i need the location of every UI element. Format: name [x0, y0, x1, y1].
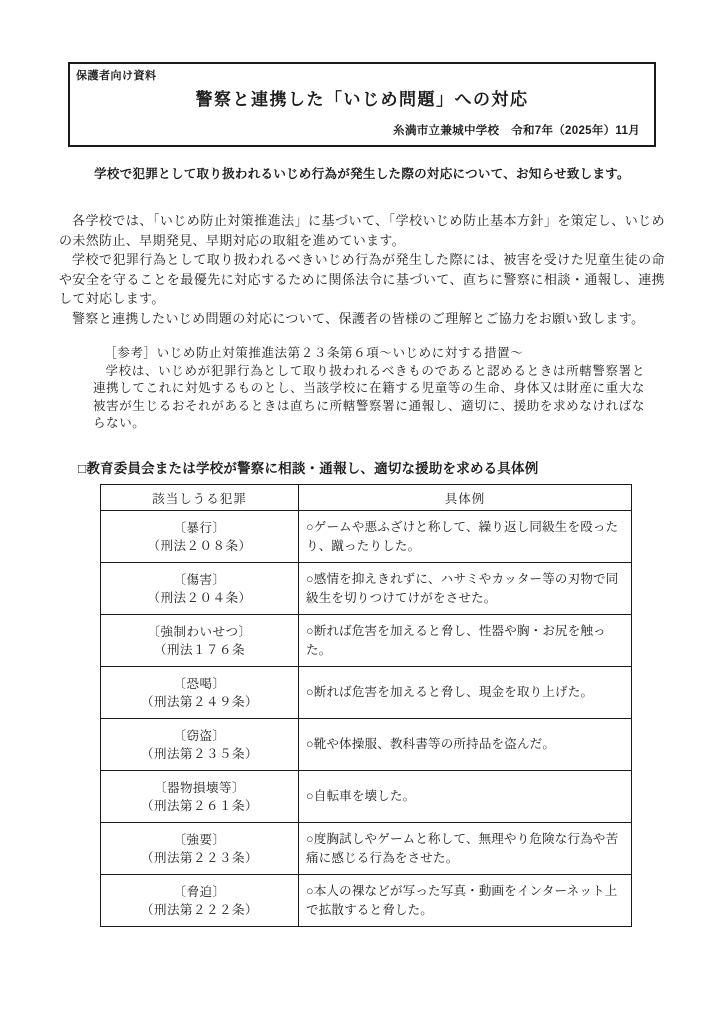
table-row: 〔脅迫〕（刑法第２２２条）○本人の裸などが写った写真・動画をインターネット上で拡…: [101, 875, 632, 927]
table-row: 〔器物損壊等〕（刑法第２６１条）○自転車を壊した。: [101, 771, 632, 823]
table-header-row: 該当しうる犯罪 具体例: [101, 485, 632, 511]
table-row: 〔恐喝〕（刑法第２４９条）○断れば危害を加えると脅し、現金を取り上げた。: [101, 667, 632, 719]
section-heading: □教育委員会または学校が警察に相談・通報し、適切な援助を求める具体例: [78, 457, 538, 477]
crime-cell: 〔強要〕（刑法第２２３条）: [101, 823, 299, 875]
crime-table: 該当しうる犯罪 具体例 〔暴行〕（刑法２０８条）○ゲームや悪ふざけと称して、繰り…: [100, 484, 632, 927]
paragraph: 警察と連携したいじめ問題の対応について、保護者の皆様のご理解とご協力をお願い致し…: [59, 309, 665, 329]
table-row: 〔傷害〕（刑法２０４条）○感情を抑えきれずに、ハサミやカッター等の刃物で同級生を…: [101, 563, 632, 615]
header-box: 保護者向け資料 警察と連携した「いじめ問題」への対応 糸満市立兼城中学校 令和7…: [68, 62, 656, 147]
table-row: 〔窃盗〕（刑法第２３５条）○靴や体操服、教科書等の所持品を盗んだ。: [101, 719, 632, 771]
body-paragraphs: 各学校では、「いじめ防止対策推進法」に基づいて、「学校いじめ防止基本方針」を策定…: [59, 211, 665, 328]
crime-example: ○ゲームや悪ふざけと称して、繰り返し同級生を殴ったり、蹴ったりした。: [299, 511, 632, 563]
crime-example: ○断れば危害を加えると脅し、性器や胸・お尻を触った。: [299, 615, 632, 667]
crime-name: 〔強要〕: [105, 831, 294, 849]
crime-name: 〔強制わいせつ〕: [105, 623, 294, 641]
reference-body: 学校は、いじめが犯罪行為として取り扱われるべきものであると認めるときは所轄警察署…: [93, 363, 645, 433]
crime-cell: 〔窃盗〕（刑法第２３５条）: [101, 719, 299, 771]
school-date-line: 糸満市立兼城中学校 令和7年（2025年）11月: [393, 122, 640, 138]
crime-name: 〔暴行〕: [105, 519, 294, 537]
crime-example: ○感情を抑えきれずに、ハサミやカッター等の刃物で同級生を切りつけてけがをさせた。: [299, 563, 632, 615]
crime-example: ○自転車を壊した。: [299, 771, 632, 823]
crime-statute: （刑法第２２３条）: [105, 849, 294, 867]
crime-statute: （刑法２０４条）: [105, 589, 294, 607]
paragraph: 学校で犯罪行為として取り扱われるべきいじめ行為が発生した際には、被害を受けた児童…: [59, 250, 665, 309]
table-row: 〔暴行〕（刑法２０８条）○ゲームや悪ふざけと称して、繰り返し同級生を殴ったり、蹴…: [101, 511, 632, 563]
doc-type-label: 保護者向け資料: [76, 67, 157, 83]
crime-statute: （刑法２０８条）: [105, 537, 294, 555]
column-header-example: 具体例: [299, 485, 632, 511]
paragraph: 各学校では、「いじめ防止対策推進法」に基づいて、「学校いじめ防止基本方針」を策定…: [59, 211, 665, 250]
page-title: 警察と連携した「いじめ問題」への対応: [70, 85, 654, 110]
crime-example: ○断れば危害を加えると脅し、現金を取り上げた。: [299, 667, 632, 719]
crime-statute: （刑法第２６１条）: [105, 797, 294, 815]
crime-name: 〔窃盗〕: [105, 727, 294, 745]
crime-cell: 〔傷害〕（刑法２０４条）: [101, 563, 299, 615]
crime-name: 〔脅迫〕: [105, 883, 294, 901]
crime-statute: （刑法第２２２条）: [105, 901, 294, 919]
crime-cell: 〔恐喝〕（刑法第２４９条）: [101, 667, 299, 719]
crime-example: ○靴や体操服、教科書等の所持品を盗んだ。: [299, 719, 632, 771]
reference-heading: ［参考］いじめ防止対策推進法第２３条第６項～いじめに対する措置～: [93, 345, 645, 363]
crime-statute: （刑法１７６条: [105, 641, 294, 659]
crime-name: 〔器物損壊等〕: [105, 779, 294, 797]
crime-example: ○本人の裸などが写った写真・動画をインターネット上で拡散すると脅した。: [299, 875, 632, 927]
crime-cell: 〔強制わいせつ〕（刑法１７６条: [101, 615, 299, 667]
crime-cell: 〔器物損壊等〕（刑法第２６１条）: [101, 771, 299, 823]
document-page: 保護者向け資料 警察と連携した「いじめ問題」への対応 糸満市立兼城中学校 令和7…: [0, 0, 724, 1024]
intro-statement: 学校で犯罪として取り扱われるいじめ行為が発生した際の対応について、お知らせ致しま…: [0, 164, 724, 182]
crime-example: ○度胸試しやゲームと称して、無理やり危険な行為や苦痛に感じる行為をさせた。: [299, 823, 632, 875]
crime-cell: 〔暴行〕（刑法２０８条）: [101, 511, 299, 563]
crime-name: 〔傷害〕: [105, 571, 294, 589]
crime-statute: （刑法第２３５条）: [105, 745, 294, 763]
crime-table-body: 〔暴行〕（刑法２０８条）○ゲームや悪ふざけと称して、繰り返し同級生を殴ったり、蹴…: [101, 511, 632, 927]
table-row: 〔強制わいせつ〕（刑法１７６条○断れば危害を加えると脅し、性器や胸・お尻を触った…: [101, 615, 632, 667]
crime-name: 〔恐喝〕: [105, 675, 294, 693]
crime-statute: （刑法第２４９条）: [105, 693, 294, 711]
column-header-crime: 該当しうる犯罪: [101, 485, 299, 511]
crime-cell: 〔脅迫〕（刑法第２２２条）: [101, 875, 299, 927]
table-row: 〔強要〕（刑法第２２３条）○度胸試しやゲームと称して、無理やり危険な行為や苦痛に…: [101, 823, 632, 875]
reference-block: ［参考］いじめ防止対策推進法第２３条第６項～いじめに対する措置～ 学校は、いじめ…: [93, 345, 645, 433]
